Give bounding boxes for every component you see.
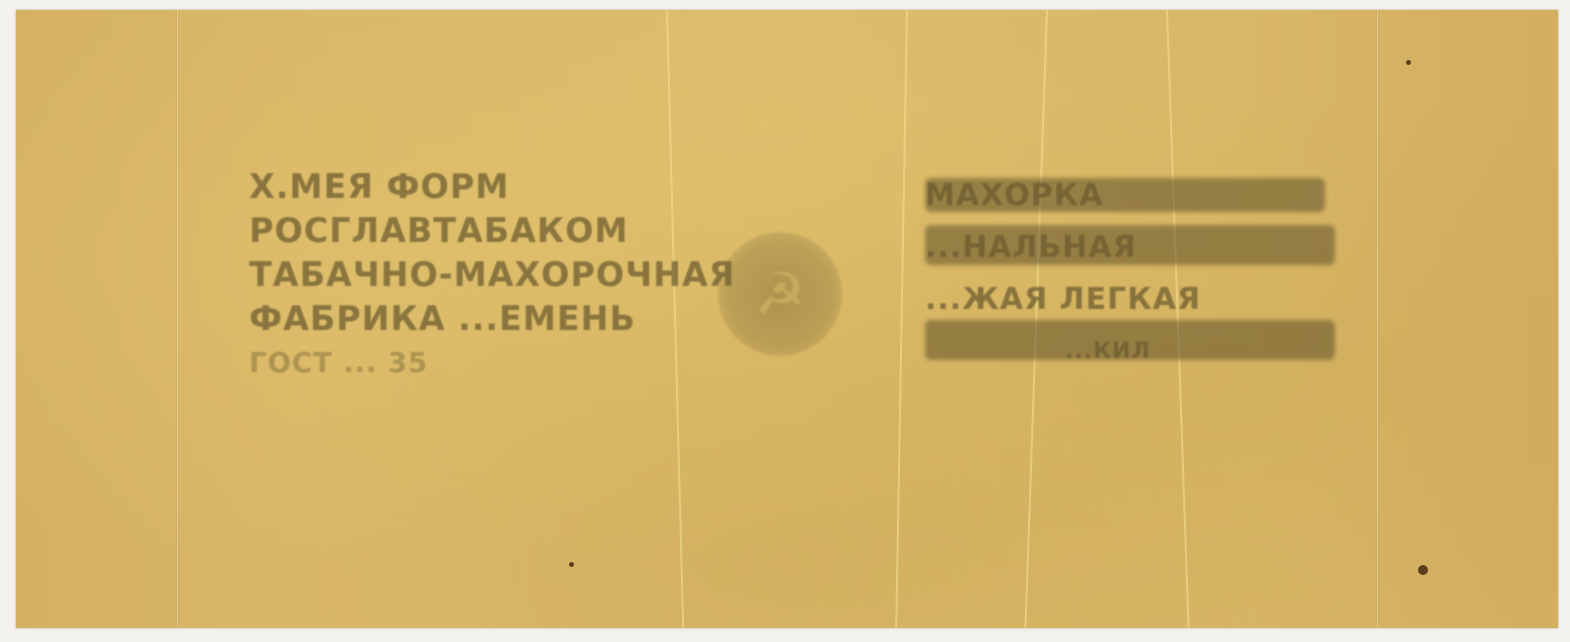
right-label-line: МАХОРКА — [925, 170, 1345, 222]
left-label-text: Х.МЕЯ ФОРМ РОСГЛАВТАБАКОМ ТАБАЧНО-МАХОРО… — [245, 165, 655, 385]
stain-spot — [1406, 60, 1411, 65]
left-label-line: Х.МЕЯ ФОРМ — [249, 165, 651, 209]
stain-spot — [569, 562, 574, 567]
emblem-icon: ☭ — [718, 232, 842, 356]
fold-line — [176, 10, 179, 628]
right-label-text: МАХОРКА ...НАЛЬНАЯ ...ЖАЯ ЛЕГКАЯ ...КИЛ — [925, 170, 1345, 378]
fold-line — [1376, 10, 1379, 628]
right-label-line: ...НАЛЬНАЯ — [925, 222, 1345, 274]
left-label-line: ГОСТ ... 35 — [249, 341, 651, 385]
crease — [666, 10, 684, 628]
left-label-line: ФАБРИКА ...ЕМЕНЬ — [249, 297, 651, 341]
left-label-line: РОСГЛАВТАБАКОМ — [249, 209, 651, 253]
right-label-line: ...КИЛ — [925, 326, 1345, 378]
crease — [895, 10, 908, 628]
left-label-line: ТАБАЧНО-МАХОРОЧНАЯ — [249, 253, 651, 297]
right-label-line: ...ЖАЯ ЛЕГКАЯ — [925, 274, 1345, 326]
stain-spot — [1418, 565, 1428, 575]
hammer-sickle-icon: ☭ — [718, 232, 842, 356]
